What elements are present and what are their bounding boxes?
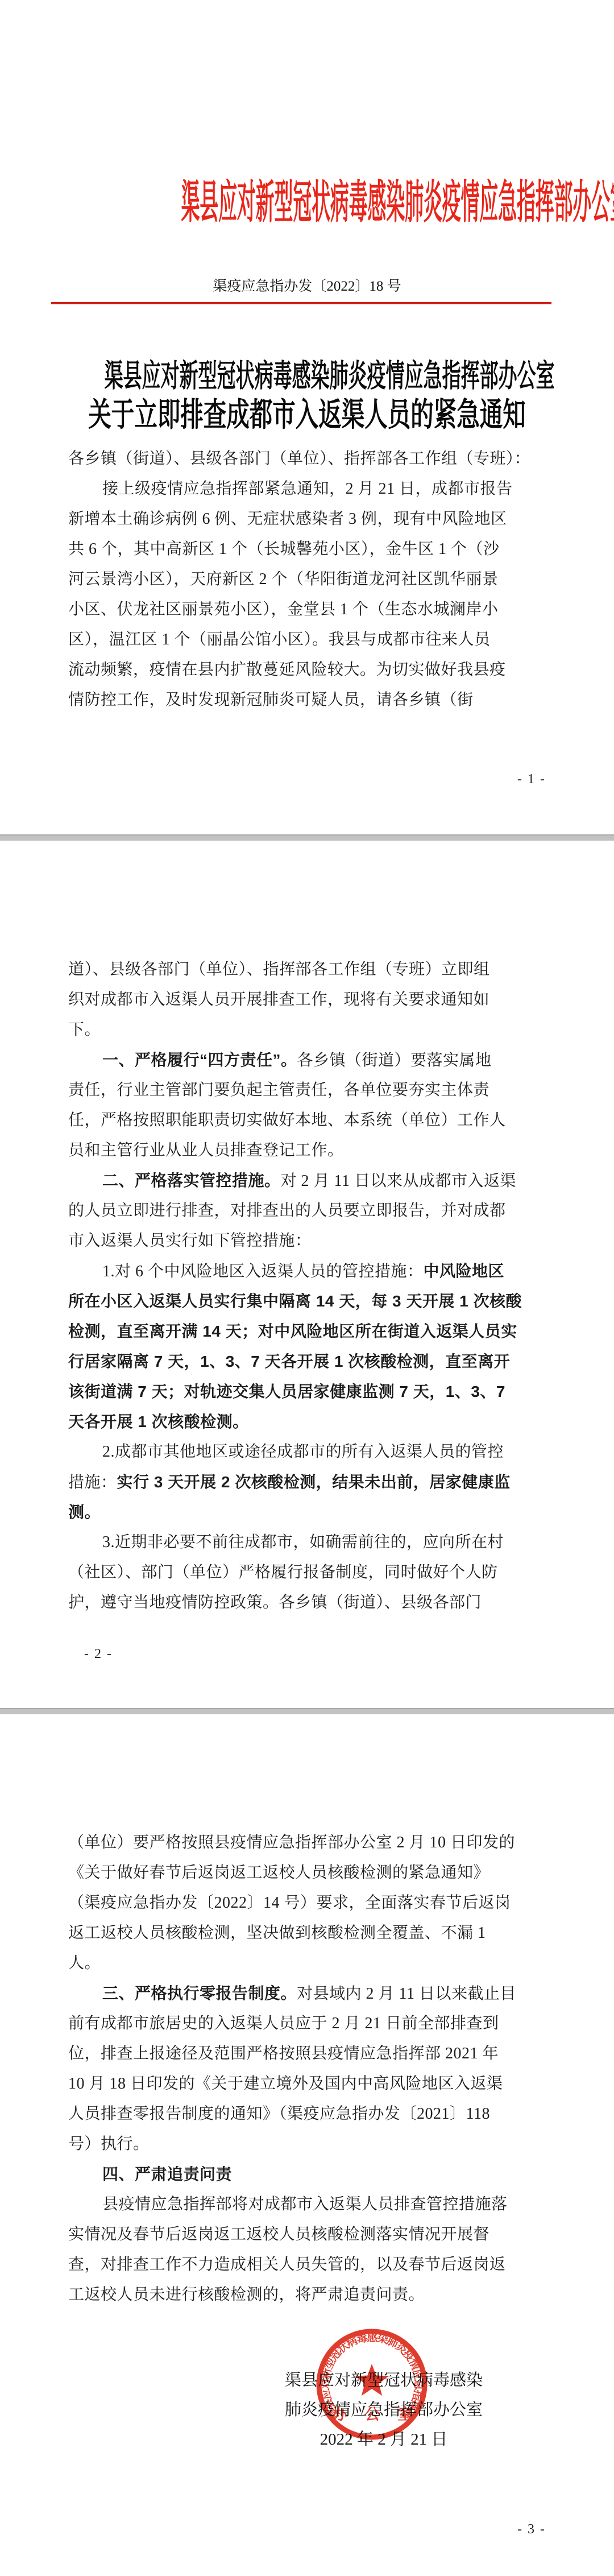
letterhead-title: 渠县应对新型冠状病毒感染肺炎疫情应急指挥部办公室文件 — [181, 176, 433, 230]
body-text: 情防控工作，及时发现新冠肺炎可疑人员，请各乡镇（街 — [68, 691, 474, 709]
body-text: 新增本土确诊病例 6 例、无症状感染者 3 例，现有中风险地区 — [68, 510, 507, 528]
document-line: 流动频繁，疫情在县内扩散蔓延风险较大。为切实做好我县疫 — [68, 655, 551, 685]
document-line: 接上级疫情应急指挥部紧急通知，2 月 21 日，成都市报告 — [68, 474, 551, 504]
document-title-line1: 渠县应对新型冠状病毒感染肺炎疫情应急指挥部办公室 — [105, 355, 510, 397]
document-line: 县疫情应急指挥部将对成都市入返渠人员排查管控措施落 — [68, 2189, 551, 2219]
body-text: 位，排查上报途径及范围严格按照县疫情应急指挥部 2021 年 — [68, 2045, 499, 2062]
body-text: 措施： — [68, 1474, 117, 1491]
body-text: 织对成都市入返渠人员开展排查工作，现将有关要求通知如 — [68, 991, 489, 1008]
body-text: 工返校人员未进行核酸检测的，将严肃追责问责。 — [68, 2286, 425, 2304]
document-line: 返工返校人员核酸检测，坚决做到核酸检测全覆盖、不漏 1 — [68, 1918, 551, 1948]
document-line: 责任，行业主管部门要负起主管责任，各单位要夯实主体责 — [68, 1075, 551, 1105]
body-text: 区），温江区 1 个（丽晶公馆小区）。我县与成都市往来人员 — [68, 631, 491, 648]
document-line: 号）执行。 — [68, 2129, 551, 2159]
document-viewer: 渠县应对新型冠状病毒感染肺炎疫情应急指挥部办公室文件 渠疫应急指办发〔2022〕… — [0, 0, 614, 2576]
seal-center-text: 办 公 室 — [332, 2406, 420, 2423]
emphasis-text: 该街道满 7 天；对轨迹交集人员居家健康监测 7 天，1、3、7 — [68, 1383, 505, 1400]
body-text: 《关于做好春节后返岗返工返校人员核酸检测的紧急通知》 — [68, 1864, 489, 1882]
body-text: 流动频繁，疫情在县内扩散蔓延风险较大。为切实做好我县疫 — [68, 661, 506, 679]
emphasis-text: 四、严肃追责问责 — [102, 2165, 232, 2183]
document-line: 实情况及春节后返岗返工返校人员核酸检测落实情况开展督 — [68, 2219, 551, 2250]
emphasis-text: 三、严格执行零报告制度。 — [102, 1984, 297, 2002]
document-line: 河云景湾小区），天府新区 2 个（华阳街道龙河社区凯华丽景 — [68, 564, 551, 594]
document-line: 二、严格落实管控措施。对 2 月 11 日以来从成都市入返渠 — [68, 1165, 551, 1196]
body-text: 接上级疫情应急指挥部紧急通知，2 月 21 日，成都市报告 — [102, 480, 513, 498]
document-line: 情防控工作，及时发现新冠肺炎可疑人员，请各乡镇（街 — [68, 685, 551, 715]
body-text: 实情况及春节后返岗返工返校人员核酸检测落实情况开展督 — [68, 2226, 489, 2243]
page-number-1: - 1 - — [517, 772, 546, 787]
document-line: 测。 — [68, 1497, 551, 1527]
body-text: 护，遵守当地疫情防控政策。各乡镇（街道）、县级各部门 — [68, 1594, 482, 1611]
body-text: 各乡镇（街道）要落实属地 — [297, 1052, 492, 1069]
body-text: 共 6 个，其中高新区 1 个（长城馨苑小区），金牛区 1 个（沙 — [68, 540, 500, 558]
emphasis-text: 中风险地区 — [424, 1262, 505, 1280]
page-1: 渠县应对新型冠状病毒感染肺炎疫情应急指挥部办公室文件 渠疫应急指办发〔2022〕… — [0, 0, 614, 834]
body-text: 号）执行。 — [68, 2135, 150, 2153]
emphasis-text: 二、严格落实管控措施。 — [102, 1172, 281, 1189]
document-line: 检测，直至离开满 14 天；对中风险地区所在街道入返渠人员实 — [68, 1316, 551, 1346]
document-line: （社区）、部门（单位）严格履行报备制度，同时做好个人防 — [68, 1557, 551, 1587]
emphasis-text: 检测，直至离开满 14 天；对中风险地区所在街道入返渠人员实 — [68, 1322, 517, 1340]
document-line: 各乡镇（街道）、县级各部门（单位）、指挥部各工作组（专班）： — [68, 444, 551, 474]
document-line: 措施：实行 3 天开展 2 次核酸检测，结果未出前，居家健康监 — [68, 1467, 551, 1497]
document-line: 人员排查零报告制度的通知》（渠疫应急指办发〔2021〕118 — [68, 2099, 551, 2129]
body-text: 下。 — [68, 1021, 101, 1039]
document-line: 小区、伏龙社区丽景苑小区），金堂县 1 个（生态水城澜岸小 — [68, 594, 551, 625]
emphasis-text: 所在小区入返渠人员实行集中隔离 14 天，每 3 天开展 1 次核酸 — [68, 1292, 522, 1310]
document-line: 市入返渠人员实行如下管控措施： — [68, 1226, 551, 1256]
document-line: 四、严肃追责问责 — [68, 2159, 551, 2189]
page-2: 道）、县级各部门（单位）、指挥部各工作组（专班）立即组织对成都市入返渠人员开展排… — [0, 841, 614, 1708]
body-text: 人员排查零报告制度的通知》（渠疫应急指办发〔2021〕118 — [68, 2105, 490, 2123]
emphasis-text: 测。 — [68, 1503, 101, 1521]
document-line: 2.成都市其他地区或途径成都市的所有入返渠人员的管控 — [68, 1437, 551, 1467]
body-text: 小区、伏龙社区丽景苑小区），金堂县 1 个（生态水城澜岸小 — [68, 601, 499, 618]
body-text: （单位）要严格按照县疫情应急指挥部办公室 2 月 10 日印发的 — [68, 1834, 515, 1851]
document-line: （单位）要严格按照县疫情应急指挥部办公室 2 月 10 日印发的 — [68, 1827, 551, 1858]
emphasis-text: 实行 3 天开展 2 次核酸检测，结果未出前，居家健康监 — [117, 1473, 511, 1491]
red-divider-line — [51, 302, 551, 304]
body-text: 县疫情应急指挥部将对成都市入返渠人员排查管控措施落 — [102, 2195, 508, 2213]
body-text: 市入返渠人员实行如下管控措施： — [68, 1232, 312, 1250]
body-text: 对 2 月 11 日以来从成都市入返渠 — [281, 1172, 516, 1190]
emphasis-text: 一、严格履行“四方责任”。 — [102, 1051, 297, 1069]
document-line: 1.对 6 个中风险地区入返渠人员的管控措施：中风险地区 — [68, 1256, 551, 1286]
body-text: 道）、县级各部门（单位）、指挥部各工作组（专班）立即组 — [68, 961, 490, 978]
emphasis-text: 行居家隔离 7 天，1、3、7 天各开展 1 次核酸检测，直至离开 — [68, 1353, 510, 1370]
document-line: 10 月 18 日印发的《关于建立境外及国内中高风险地区入返渠 — [68, 2069, 551, 2099]
body-text: 员和主管行业从业人员排查登记工作。 — [68, 1142, 344, 1159]
body-text: 对县域内 2 月 11 日以来截止目 — [297, 1985, 516, 2003]
document-line: 新增本土确诊病例 6 例、无症状感染者 3 例，现有中风险地区 — [68, 504, 551, 534]
document-line: 三、严格执行零报告制度。对县域内 2 月 11 日以来截止目 — [68, 1978, 551, 2008]
document-line: 3.近期非必要不前往成都市，如确需前往的，应向所在村 — [68, 1527, 551, 1557]
document-line: 人。 — [68, 1948, 551, 1978]
document-line: 位，排查上报途径及范围严格按照县疫情应急指挥部 2021 年 — [68, 2039, 551, 2069]
document-line: 行居家隔离 7 天，1、3、7 天各开展 1 次核酸检测，直至离开 — [68, 1346, 551, 1376]
body-text: 的人员立即进行排查，对排查出的人员要立即报告，并对成都 — [68, 1202, 506, 1219]
document-line: 护，遵守当地疫情防控政策。各乡镇（街道）、县级各部门 — [68, 1587, 551, 1618]
page-number-2: - 2 - — [84, 1647, 113, 1661]
document-line: 前有成都市旅居史的入返渠人员应于 2 月 21 日前全部排查到 — [68, 2008, 551, 2039]
body-text: 各乡镇（街道）、县级各部门（单位）、指挥部各工作组（专班）： — [68, 450, 530, 468]
document-line: 天各开展 1 次核酸检测。 — [68, 1407, 551, 1437]
document-line: （渠疫应急指办发〔2022〕14 号）要求，全面落实春节后返岗 — [68, 1888, 551, 1918]
document-line: 员和主管行业从业人员排查登记工作。 — [68, 1135, 551, 1165]
page-number-3: - 3 - — [517, 2522, 546, 2537]
document-line: 一、严格履行“四方责任”。各乡镇（街道）要落实属地 — [68, 1045, 551, 1075]
document-title-line2: 关于立即排查成都市入返渠人员的紧急通知 — [59, 393, 556, 436]
page-2-body: 道）、县级各部门（单位）、指挥部各工作组（专班）立即组织对成都市入返渠人员开展排… — [68, 954, 551, 1618]
official-seal: 渠县应对新型冠状病毒感染肺炎疫情应急指挥部 办 公 室 — [307, 2319, 438, 2450]
document-line: 区），温江区 1 个（丽晶公馆小区）。我县与成都市往来人员 — [68, 625, 551, 655]
emphasis-text: 天各开展 1 次核酸检测。 — [68, 1413, 249, 1430]
document-line: 道）、县级各部门（单位）、指挥部各工作组（专班）立即组 — [68, 954, 551, 985]
document-line: 共 6 个，其中高新区 1 个（长城馨苑小区），金牛区 1 个（沙 — [68, 534, 551, 564]
document-line: 下。 — [68, 1015, 551, 1045]
document-line: 的人员立即进行排查，对排查出的人员要立即报告，并对成都 — [68, 1196, 551, 1226]
body-text: 返工返校人员核酸检测，坚决做到核酸检测全覆盖、不漏 1 — [68, 1924, 486, 1942]
body-text: 任，严格按照职能职责切实做好本地、本系统（单位）工作人 — [68, 1111, 506, 1129]
page-3: （单位）要严格按照县疫情应急指挥部办公室 2 月 10 日印发的《关于做好春节后… — [0, 1714, 614, 2576]
document-line: 工返校人员未进行核酸检测的，将严肃追责问责。 — [68, 2280, 551, 2310]
document-line: 该街道满 7 天；对轨迹交集人员居家健康监测 7 天，1、3、7 — [68, 1376, 551, 1407]
page-1-body: 各乡镇（街道）、县级各部门（单位）、指挥部各工作组（专班）：接上级疫情应急指挥部… — [68, 444, 551, 715]
body-text: 河云景湾小区），天府新区 2 个（华阳街道龙河社区凯华丽景 — [68, 570, 499, 588]
page-3-body: （单位）要严格按照县疫情应急指挥部办公室 2 月 10 日印发的《关于做好春节后… — [68, 1827, 551, 2310]
body-text: 3.近期非必要不前往成都市，如确需前往的，应向所在村 — [102, 1533, 504, 1551]
body-text: 查，对排查工作不力造成相关人员失管的，以及春节后返岗返 — [68, 2256, 506, 2273]
body-text: （渠疫应急指办发〔2022〕14 号）要求，全面落实春节后返岗 — [68, 1894, 511, 1912]
body-text: （社区）、部门（单位）严格履行报备制度，同时做好个人防 — [68, 1564, 498, 1581]
document-line: 查，对排查工作不力造成相关人员失管的，以及春节后返岗返 — [68, 2250, 551, 2280]
body-text: 责任，行业主管部门要负起主管责任，各单位要夯实主体责 — [68, 1081, 489, 1099]
body-text: 人。 — [68, 1954, 101, 1972]
document-line: 《关于做好春节后返岗返工返校人员核酸检测的紧急通知》 — [68, 1858, 551, 1888]
document-number: 渠疫应急指办发〔2022〕18 号 — [0, 278, 614, 296]
page-separator — [0, 1708, 614, 1714]
document-line: 所在小区入返渠人员实行集中隔离 14 天，每 3 天开展 1 次核酸 — [68, 1286, 551, 1316]
star-icon — [355, 2364, 389, 2396]
body-text: 1.对 6 个中风险地区入返渠人员的管控措施： — [102, 1263, 424, 1280]
document-line: 织对成都市入返渠人员开展排查工作，现将有关要求通知如 — [68, 985, 551, 1015]
body-text: 10 月 18 日印发的《关于建立境外及国内中高风险地区入返渠 — [68, 2075, 503, 2093]
body-text: 2.成都市其他地区或途径成都市的所有入返渠人员的管控 — [102, 1443, 504, 1461]
document-line: 任，严格按照职能职责切实做好本地、本系统（单位）工作人 — [68, 1105, 551, 1135]
page-separator — [0, 834, 614, 841]
body-text: 前有成都市旅居史的入返渠人员应于 2 月 21 日前全部排查到 — [68, 2015, 499, 2032]
